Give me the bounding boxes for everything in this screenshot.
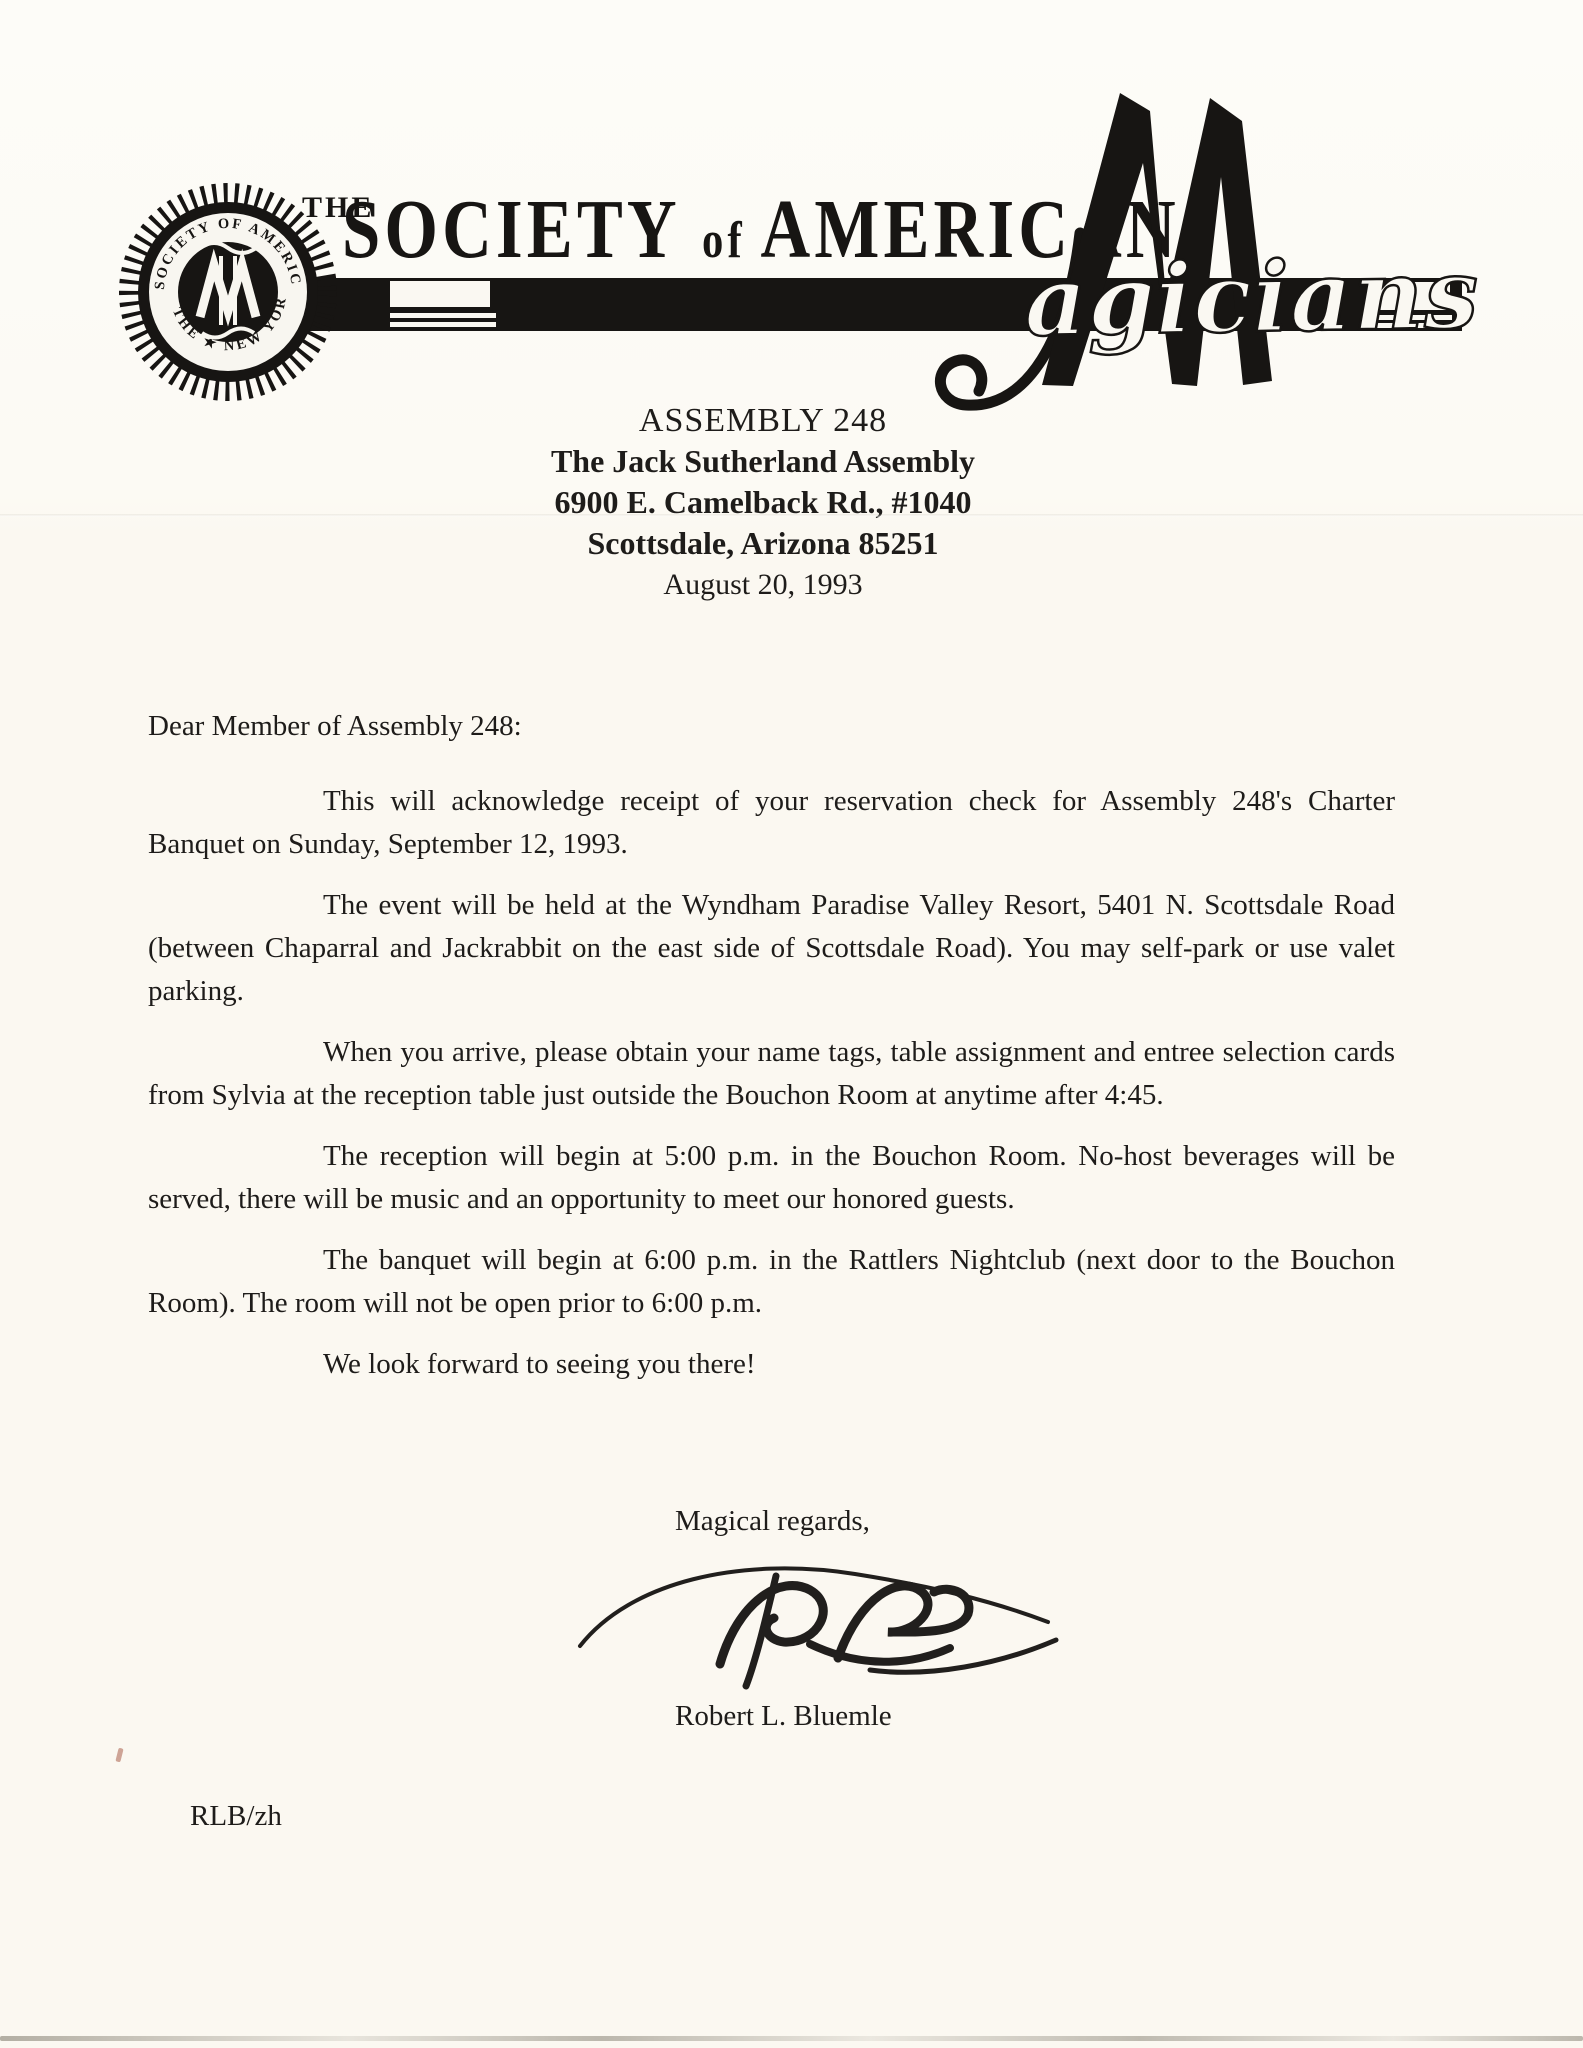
reference-initials: RLB/zh bbox=[190, 1800, 282, 1833]
stray-mark bbox=[115, 1748, 123, 1763]
society-seal: SOCIETY OF AMERICAN MAGICIANS THE ★ NEW … bbox=[80, 85, 327, 391]
valediction: Magical regards, bbox=[675, 1505, 1100, 1538]
paragraph-4: The reception will begin at 5:00 p.m. in… bbox=[148, 1135, 1395, 1221]
letter-date: August 20, 1993 bbox=[463, 564, 1063, 605]
paragraph-3: When you arrive, please obtain your name… bbox=[148, 1031, 1395, 1117]
scan-bottom-edge bbox=[0, 2036, 1583, 2041]
brand-title-society: SOCIETY bbox=[342, 183, 681, 276]
city-state-zip: Scottsdale, Arizona 85251 bbox=[463, 523, 1063, 564]
closing-block: Magical regards, Robert L. Bluemle bbox=[560, 1505, 1100, 1733]
brand-title-of: of bbox=[702, 212, 760, 269]
paragraph-5: The banquet will begin at 6:00 p.m. in t… bbox=[148, 1239, 1395, 1325]
magicians-script: agicians bbox=[1023, 237, 1480, 358]
assembly-number: ASSEMBLY 248 bbox=[463, 400, 1063, 441]
assembly-name: The Jack Sutherland Assembly bbox=[463, 441, 1063, 482]
paper-crease bbox=[0, 514, 1583, 517]
paragraph-6: We look forward to seeing you there! bbox=[148, 1343, 1395, 1386]
letterhead-logo: THE SOCIETY of AMERICAN agicians SOCIETY… bbox=[80, 85, 1500, 415]
paragraph-1: This will acknowledge receipt of your re… bbox=[148, 780, 1395, 866]
signer-name: Robert L. Bluemle bbox=[675, 1700, 1100, 1733]
letter-body: Dear Member of Assembly 248: This will a… bbox=[148, 705, 1395, 1404]
salutation: Dear Member of Assembly 248: bbox=[148, 705, 1395, 748]
letter-page: THE SOCIETY of AMERICAN agicians SOCIETY… bbox=[0, 0, 1583, 2048]
address-block: ASSEMBLY 248 The Jack Sutherland Assembl… bbox=[463, 400, 1063, 605]
signature bbox=[570, 1548, 1070, 1698]
paragraph-2: The event will be held at the Wyndham Pa… bbox=[148, 884, 1395, 1013]
